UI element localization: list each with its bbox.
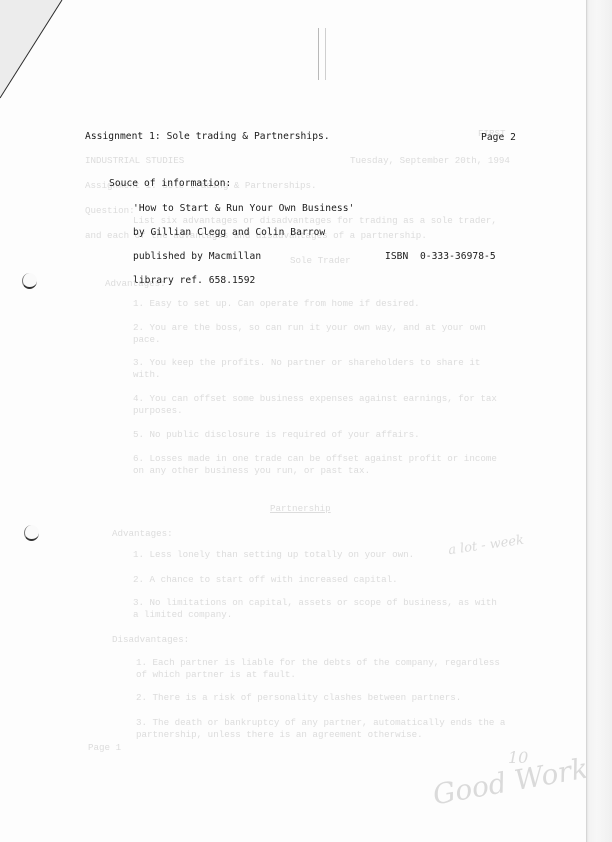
folded-corner bbox=[0, 0, 70, 100]
margin-note: a lot - week bbox=[447, 533, 524, 558]
ghost-partnership-advantage: a limited company. bbox=[133, 609, 232, 620]
ghost-sole-item: 1. Easy to set up. Can operate from home… bbox=[133, 298, 420, 309]
book-title: 'How to Start & Run Your Own Business' bbox=[133, 203, 354, 214]
document-page: FIRST INDUSTRIAL STUDIES Tuesday, Septem… bbox=[0, 0, 586, 842]
ghost-disadvantages-label: Disadvantages: bbox=[112, 634, 189, 645]
library-reference: library ref. 658.1592 bbox=[133, 275, 255, 286]
ghost-question-label: Question: bbox=[85, 205, 135, 216]
ghost-partnership-advantage: 3. No limitations on capital, assets or … bbox=[133, 597, 497, 608]
ghost-subject: INDUSTRIAL STUDIES bbox=[85, 155, 184, 166]
ghost-partnership-disadvantage: 2. There is a risk of personality clashe… bbox=[136, 692, 461, 703]
ghost-partnership-disadvantage: 1. Each partner is liable for the debts … bbox=[136, 657, 500, 668]
punch-hole-top bbox=[22, 273, 37, 289]
source-heading: Souce of information: bbox=[109, 178, 231, 189]
page-number: Page 2 bbox=[481, 132, 516, 143]
ghost-sole-trader-heading: Sole Trader bbox=[290, 255, 351, 266]
ghost-partnership-advantages-label: Advantages: bbox=[112, 528, 173, 539]
ghost-sole-item: pace. bbox=[133, 334, 161, 345]
ghost-partnership-disadvantage: of which partner is at fault. bbox=[136, 669, 296, 680]
ghost-sole-item: 2. You are the boss, so can run it your … bbox=[133, 322, 486, 333]
ghost-date: Tuesday, September 20th, 1994 bbox=[350, 155, 510, 166]
ghost-partnership-advantage: 2. A chance to start off with increased … bbox=[133, 574, 398, 585]
ghost-sole-item: with. bbox=[133, 369, 161, 380]
assignment-title: Assignment 1: Sole trading & Partnership… bbox=[85, 131, 330, 142]
staple-mark bbox=[318, 28, 326, 80]
punch-hole-bottom bbox=[24, 525, 39, 541]
ghost-partnership-heading: Partnership bbox=[270, 503, 331, 514]
ghost-partnership-advantage: 1. Less lonely than setting up totally o… bbox=[133, 549, 414, 560]
ghost-sole-item: on any other business you run, or past t… bbox=[133, 465, 370, 476]
ghost-sole-item: 4. You can offset some business expenses… bbox=[133, 393, 497, 404]
book-isbn: ISBN 0-333-36978-5 bbox=[385, 251, 496, 262]
ghost-sole-item: purposes. bbox=[133, 405, 183, 416]
next-page-edge bbox=[586, 0, 612, 842]
ghost-sole-item: 5. No public disclosure is required of y… bbox=[133, 429, 420, 440]
ghost-sole-item: 3. You keep the profits. No partner or s… bbox=[133, 357, 480, 368]
ghost-partnership-disadvantage: 3. The death or bankruptcy of any partne… bbox=[136, 717, 505, 728]
ghost-question-line1: List six advantages or disadvantages for… bbox=[133, 215, 497, 226]
ghost-partnership-disadvantage: partnership, unless there is an agreemen… bbox=[136, 729, 423, 740]
book-publisher: published by Macmillan bbox=[133, 251, 261, 262]
ghost-sole-item: 6. Losses made in one trade can be offse… bbox=[133, 453, 497, 464]
ghost-footer-page: Page 1 bbox=[88, 742, 121, 753]
book-authors: by Gillian Clegg and Colin Barrow bbox=[133, 227, 325, 238]
